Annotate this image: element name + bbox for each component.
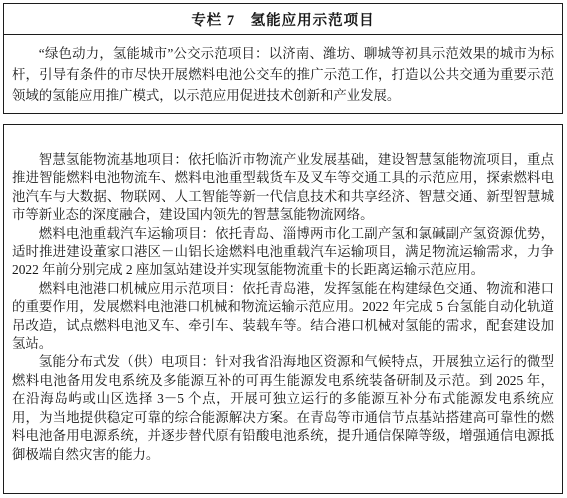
project-paragraph-smart-logistics: 智慧氢能物流基地项目：依托临沂市物流产业发展基础，建设智慧氢能物流项目，重点推进… (12, 151, 554, 225)
intro-paragraph: “绿色动力，氢能城市”公交示范项目：以济南、潍坊、聊城等初具示范效果的城市为标杆… (12, 44, 554, 106)
project-paragraph-heavy-truck-transport: 燃料电池重载汽车运输项目：依托青岛、淄博两市化工副产氢和氯碱副产氢资源优势，适时… (12, 225, 554, 280)
project-paragraph-port-machinery: 燃料电池港口机械应用示范项目：依托青岛港，发挥氢能在构建绿色交通、物流和港口的重… (12, 280, 554, 354)
intro-box: 专栏 7 氢能应用示范项目 “绿色动力，氢能城市”公交示范项目：以济南、潍坊、聊… (3, 3, 563, 114)
intro-box-body: “绿色动力，氢能城市”公交示范项目：以济南、潍坊、聊城等初具示范效果的城市为标杆… (4, 35, 562, 106)
document-page: { "panel": { "title": "专栏 7 氢能应用示范项目", "… (0, 0, 567, 498)
projects-box: 智慧氢能物流基地项目：依托临沂市物流产业发展基础，建设智慧氢能物流项目，重点推进… (3, 124, 563, 494)
panel-title: 专栏 7 氢能应用示范项目 (4, 4, 562, 35)
project-paragraph-distributed-power: 氢能分布式发（供）电项目：针对我省沿海地区资源和气候特点，开展独立运行的微型燃料… (12, 353, 554, 463)
